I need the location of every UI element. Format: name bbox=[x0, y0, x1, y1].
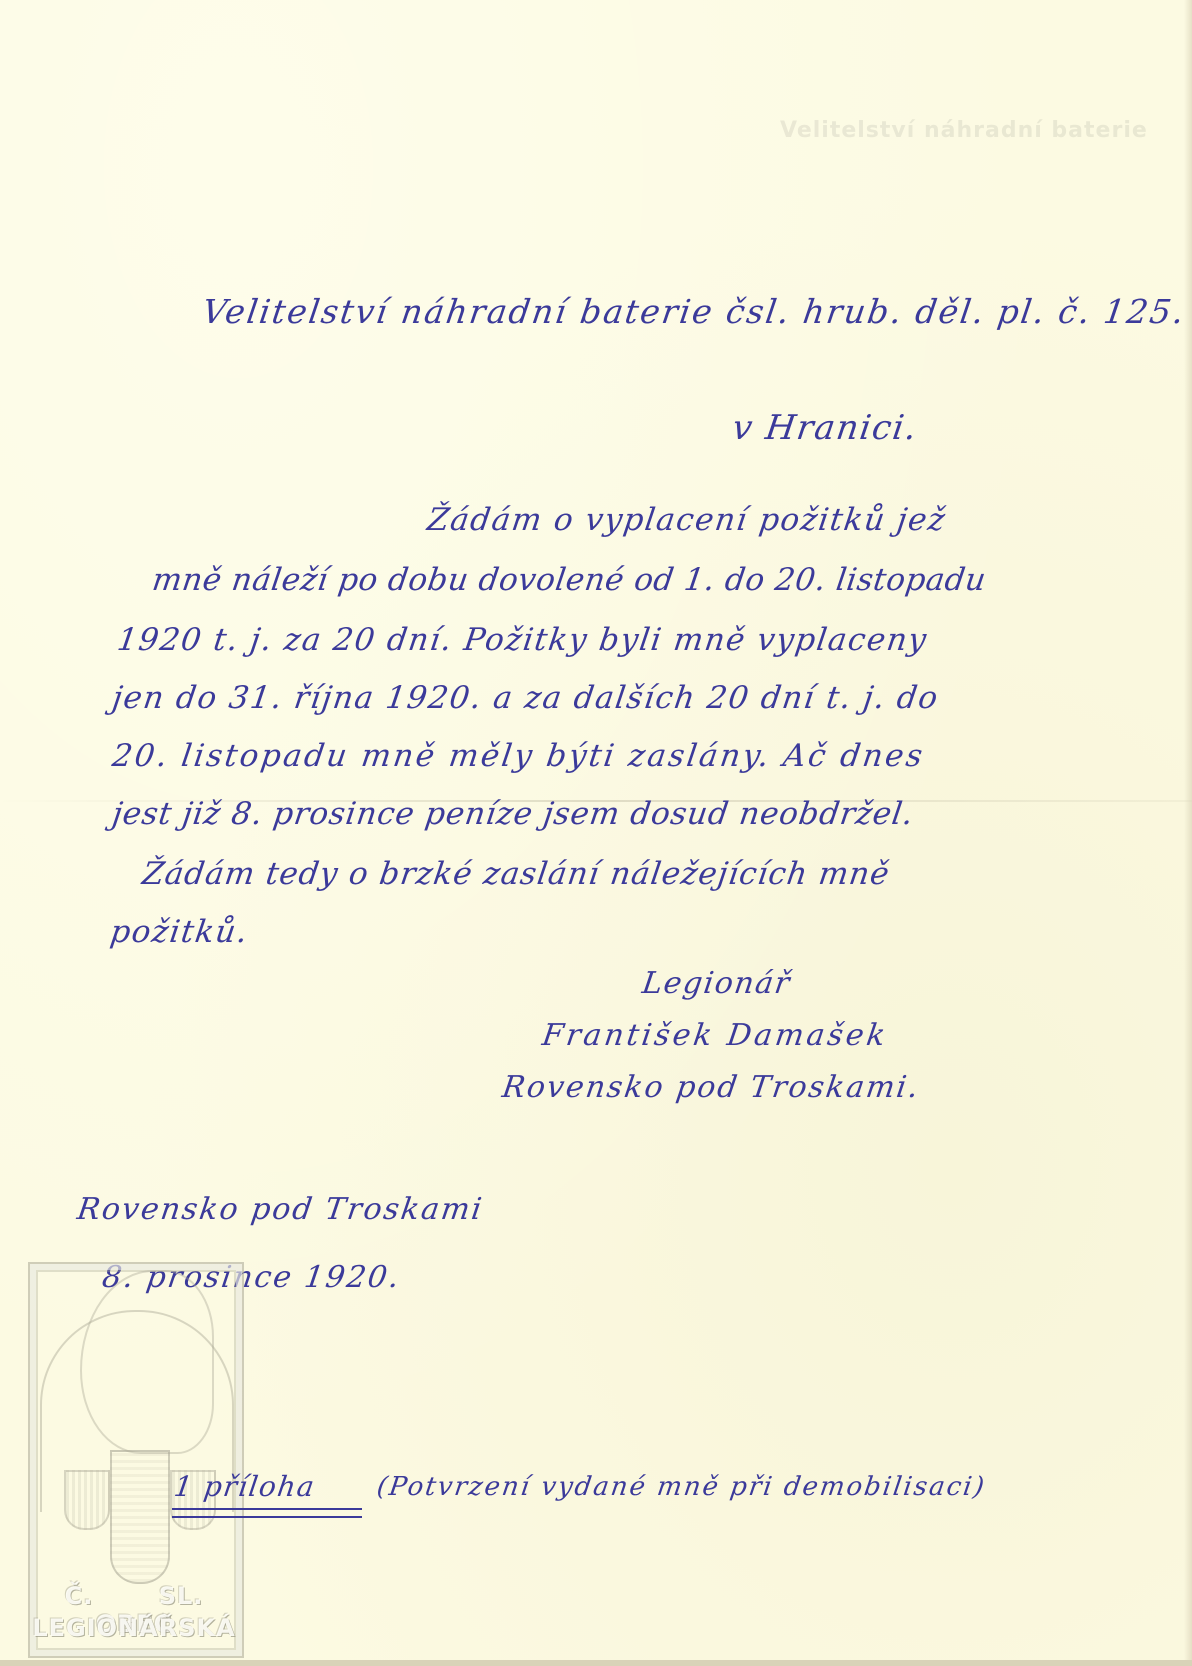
attachment-note: (Potvrzení vydané mně při demobilisaci) bbox=[375, 1472, 988, 1502]
coat-of-arms-center-icon bbox=[110, 1450, 170, 1584]
body-line-8: požitků. bbox=[108, 914, 251, 950]
coat-of-arms-left-icon bbox=[64, 1470, 110, 1530]
signature-name: František Damašek bbox=[540, 1018, 890, 1053]
place-line: Rovensko pod Troskami bbox=[75, 1192, 486, 1227]
signature-address: Rovensko pod Troskami. bbox=[500, 1070, 922, 1105]
signature-title: Legionář bbox=[640, 966, 793, 1001]
paper-edge-bottom bbox=[0, 1660, 1192, 1666]
body-line-7: Žádám tedy o brzké zaslání náležejících … bbox=[140, 856, 892, 892]
body-line-5: 20. listopadu mně měly býti zaslány. Ač … bbox=[110, 738, 927, 774]
paper-edge bbox=[1184, 0, 1192, 1666]
body-line-1: Žádám o vyplacení požitků jež bbox=[425, 502, 948, 538]
body-line-3: 1920 t. j. za 20 dní. Požitky byli mně v… bbox=[115, 622, 930, 658]
body-line-6: jest již 8. prosince peníze jsem dosud n… bbox=[110, 796, 916, 832]
body-line-4: jen do 31. října 1920. a za dalších 20 d… bbox=[110, 680, 941, 716]
body-line-2: mně náleží po dobu dovolené od 1. do 20.… bbox=[150, 562, 988, 598]
addressee-city: v Hranici. bbox=[730, 408, 920, 448]
watermark-text-line2: LEGIONÁŘSKÁ bbox=[28, 1614, 240, 1642]
bleed-through-text: Velitelství náhradní baterie bbox=[780, 118, 1148, 143]
attachment-label: 1 příloha bbox=[172, 1470, 318, 1503]
addressee-line: Velitelství náhradní baterie čsl. hrub. … bbox=[200, 292, 1188, 331]
attachment-underline bbox=[172, 1508, 362, 1518]
